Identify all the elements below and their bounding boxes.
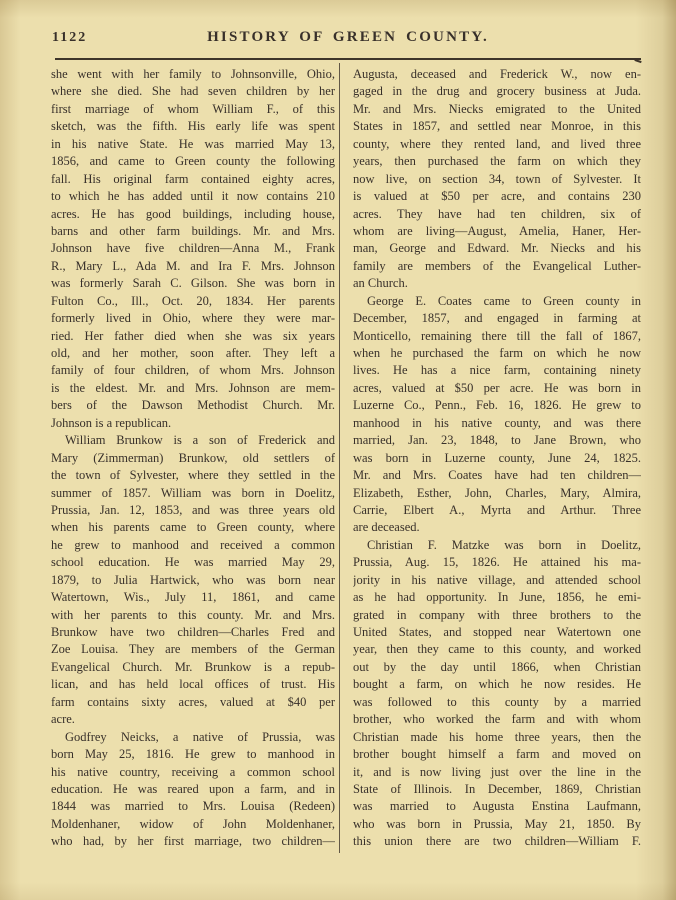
column-divider	[339, 63, 340, 853]
text-line: lives. He has a nice farm, containing ni…	[353, 362, 641, 379]
text-line: education. He was reared upon a farm, an…	[51, 781, 335, 798]
text-line: George E. Coates came to Green county in	[353, 293, 641, 310]
text-line: Evangelical Church. Mr. Brunkow is a rep…	[51, 659, 335, 676]
text-line: grated in company with three brothers to…	[353, 607, 641, 624]
text-line: Brunkow have two children—Charles Fred a…	[51, 624, 335, 641]
text-line: Zoe Louisa. They are members of the Germ…	[51, 641, 335, 658]
text-line: in his native State. He was married May …	[51, 136, 335, 153]
text-line: it, and is now living just over the line…	[353, 764, 641, 781]
text-line: school education. He was married May 29,	[51, 554, 335, 571]
text-line: as he had opportunity. In June, 1856, he…	[353, 589, 641, 606]
text-line: county, where they rented land, and live…	[353, 136, 641, 153]
text-line: Mary (Zimmerman) Brunkow, old settlers o…	[51, 450, 335, 467]
text-line: ried. Her father died when she was six y…	[51, 328, 335, 345]
text-line: married, Jan. 23, 1848, to Jane Brown, w…	[353, 432, 641, 449]
text-line: man, George and Edward. Mr. Niecks and h…	[353, 240, 641, 257]
text-line: Christian made his home three years, the…	[353, 729, 641, 746]
text-line: acres, valued at $50 per acre. He was bo…	[353, 380, 641, 397]
text-line: Carrie, Elbert A., Myrta and Arthur. Thr…	[353, 502, 641, 519]
text-line: Moldenhaner, widow of John Moldenhaner,	[51, 816, 335, 833]
text-line: years, then purchased the farm on which …	[353, 153, 641, 170]
text-line: fall. His original farm contained eighty…	[51, 171, 335, 188]
text-line: sketch, was the fifth. His early life wa…	[51, 118, 335, 135]
text-line: she went with her family to Johnsonville…	[51, 66, 335, 83]
text-line: Mr. and Mrs. Niecks emigrated to the Uni…	[353, 101, 641, 118]
text-line: out by the day until 1866, when Christia…	[353, 659, 641, 676]
text-line: jority in his native village, and attend…	[353, 572, 641, 589]
text-line: was married to Augusta Enstina Laufmann,	[353, 798, 641, 815]
text-line: Prussia, Jan. 12, 1853, and was three ye…	[51, 502, 335, 519]
text-line: December, 1857, and engaged in farming a…	[353, 310, 641, 327]
text-line: born May 25, 1816. He grew to manhood in	[51, 746, 335, 763]
text-line: formerly lived in Ohio, where they were …	[51, 310, 335, 327]
text-line: brother, who worked the farm and with wh…	[353, 711, 641, 728]
text-line: this union there are two children—Willia…	[353, 833, 641, 850]
text-line: is valued at $50 per acre, and contains …	[353, 188, 641, 205]
text-line: Luzerne Co., Penn., Feb. 16, 1826. He gr…	[353, 397, 641, 414]
text-line: old, and her mother, soon after. They le…	[51, 345, 335, 362]
text-line: his native country, receiving a common s…	[51, 764, 335, 781]
text-line: Christian F. Matzke was born in Doelitz,	[353, 537, 641, 554]
text-line: who was born in Prussia, May 21, 1850. B…	[353, 816, 641, 833]
text-line: Johnson is a republican.	[51, 415, 335, 432]
text-line: to which he has added until it now conta…	[51, 188, 335, 205]
text-line: bers of the Dawson Methodist Church. Mr.	[51, 397, 335, 414]
right-column: Augusta, deceased and Frederick W., now …	[353, 66, 641, 851]
text-line: 1856, and came to Green county the follo…	[51, 153, 335, 170]
text-line: lican, and has held local offices of tru…	[51, 676, 335, 693]
text-line: summer of 1857. William was born in Doel…	[51, 485, 335, 502]
text-line: Fulton Co., Ill., Oct. 20, 1834. Her par…	[51, 293, 335, 310]
text-line: Watertown, Wis., July 11, 1861, and came	[51, 589, 335, 606]
text-line: an Church.	[353, 275, 641, 292]
text-line: are deceased.	[353, 519, 641, 536]
text-line: with her parents to this county. Mr. and…	[51, 607, 335, 624]
text-line: acres. He has good buildings, including …	[51, 206, 335, 223]
text-line: now live, on section 34, town of Sylvest…	[353, 171, 641, 188]
text-line: the town of Sylvester, where they settle…	[51, 467, 335, 484]
text-line: manhood in his native county, and was th…	[353, 415, 641, 432]
book-page: 1122 HISTORY OF GREEN COUNTY. she went w…	[0, 0, 676, 900]
text-line: barns and other farm buildings. Mr. and …	[51, 223, 335, 240]
text-line: acre.	[51, 711, 335, 728]
text-line: Johnson have five children—Anna M., Fran…	[51, 240, 335, 257]
text-line: Elizabeth, Esther, John, Charles, Mary, …	[353, 485, 641, 502]
page-title: HISTORY OF GREEN COUNTY.	[55, 29, 641, 46]
text-line: States in 1857, and settled near Monroe,…	[353, 118, 641, 135]
text-line: is the eldest. Mr. and Mrs. Johnson are …	[51, 380, 335, 397]
text-line: 1879, to Julia Hartwick, who was born ne…	[51, 572, 335, 589]
text-line: was followed to this county by a married	[353, 694, 641, 711]
header-rule	[55, 58, 641, 60]
text-line: family of four children, of whom Mrs. Jo…	[51, 362, 335, 379]
text-line: first marriage of whom William F., of th…	[51, 101, 335, 118]
text-line: farm contains sixty acres, valued at $40…	[51, 694, 335, 711]
text-line: Augusta, deceased and Frederick W., now …	[353, 66, 641, 83]
text-line: year, then they came to this county, and…	[353, 641, 641, 658]
text-line: brother bought himself a farm and moved …	[353, 746, 641, 763]
text-line: Godfrey Neicks, a native of Prussia, was	[51, 729, 335, 746]
text-line: gaged in the drug and grocery business a…	[353, 83, 641, 100]
left-column: she went with her family to Johnsonville…	[51, 66, 335, 851]
text-line: 1844 was married to Mrs. Louisa (Redeen)	[51, 798, 335, 815]
text-line: whom are living—August, Amelia, Haner, H…	[353, 223, 641, 240]
text-line: was born in Luzerne county, June 24, 182…	[353, 450, 641, 467]
text-line: R., Mary L., Ada M. and Ira F. Mrs. John…	[51, 258, 335, 275]
text-line: when his parents came to Green county, w…	[51, 519, 335, 536]
text-line: when he purchased the farm on which he n…	[353, 345, 641, 362]
text-line: Prussia, Aug. 15, 1826. He attained his …	[353, 554, 641, 571]
text-line: Monticello, remaining there till the fal…	[353, 328, 641, 345]
text-line: State of Illinois. In December, 1869, Ch…	[353, 781, 641, 798]
text-line: family are members of the Evangelical Lu…	[353, 258, 641, 275]
text-line: Mr. and Mrs. Coates have had ten childre…	[353, 467, 641, 484]
text-line: who had, by her first marriage, two chil…	[51, 833, 335, 850]
text-line: acres. They have had ten children, six o…	[353, 206, 641, 223]
text-line: William Brunkow is a son of Frederick an…	[51, 432, 335, 449]
text-line: was formerly Sarah C. Gilson. She was bo…	[51, 275, 335, 292]
text-line: bought a farm, on which he now resides. …	[353, 676, 641, 693]
text-line: United States, and stopped near Watertow…	[353, 624, 641, 641]
text-line: he grew to manhood and received a common	[51, 537, 335, 554]
text-line: where she died. She had seven children b…	[51, 83, 335, 100]
